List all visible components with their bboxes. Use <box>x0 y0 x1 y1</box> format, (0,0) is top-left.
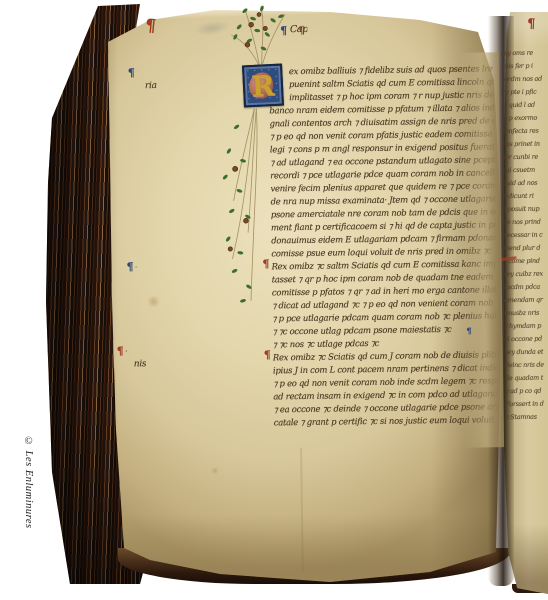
initial-letter: R <box>244 66 282 106</box>
page-content: ¶ ¶Capta de nis ⁊ utlagar¶ ¶Capta de nis… <box>0 0 548 600</box>
facing-text-line: necessar in c <box>503 229 545 242</box>
facing-text-line: de nos prind <box>503 216 545 229</box>
facing-text-line: l scdm pdca <box>504 281 546 294</box>
facing-text-line: unusbz nris <box>504 307 546 320</box>
facing-text-line: de pte i pfic <box>501 86 543 99</box>
facing-text-line: ser cunbi re <box>502 151 544 164</box>
facing-text-line: deinc nris de <box>505 359 547 372</box>
facing-text-line: confecta res <box>502 125 544 138</box>
facing-text-line: sey cuibz rex <box>504 268 546 281</box>
page-curve-shadow <box>459 52 505 448</box>
facing-text-line: sey oms re <box>500 47 542 60</box>
facing-text-line: ⁊ Stamnas <box>506 411 548 424</box>
facing-text-line: ⁊ ad p co qd <box>505 385 547 398</box>
facing-text-line: quis fer p i <box>501 60 543 73</box>
facing-text-line: in quid l ad <box>501 99 543 112</box>
manuscript-photo: ¶ ¶Capta de nis ⁊ utlagar¶ ¶Capta de nis… <box>0 0 548 600</box>
paraph-mark: ¶ <box>262 257 269 270</box>
copyright-credit: © Les Enluminures <box>16 436 34 566</box>
facing-text-line: ⁊ hymdam p <box>504 320 546 333</box>
facing-text-line: cordm nos ad <box>501 73 543 86</box>
facing-text-line: quid ad nos <box>502 177 544 190</box>
facing-text-line: p dicunt ri <box>502 190 544 203</box>
facing-text-line: Forssert in d <box>505 398 547 411</box>
facing-text-line: mend plur d <box>503 242 545 255</box>
paraph-mark: ¶ <box>264 348 271 361</box>
facing-text-line: ⁊ posuit nup <box>503 203 545 216</box>
facing-text-line: de quadam t <box>505 372 547 385</box>
illuminated-initial: R <box>242 64 284 108</box>
facing-text-line: ai p exormo <box>501 112 543 125</box>
facing-text-line: nos prinet in <box>502 138 544 151</box>
paraph-mark: ¶ <box>527 17 536 32</box>
facing-text-line: sey dunda et <box>505 346 547 359</box>
facing-text-line: omendam qr <box>504 294 546 307</box>
facing-text-line: si occone pd <box>504 333 546 346</box>
facing-text-line: cui csuetm <box>502 164 544 177</box>
paraph-mark: ¶ <box>466 326 471 336</box>
